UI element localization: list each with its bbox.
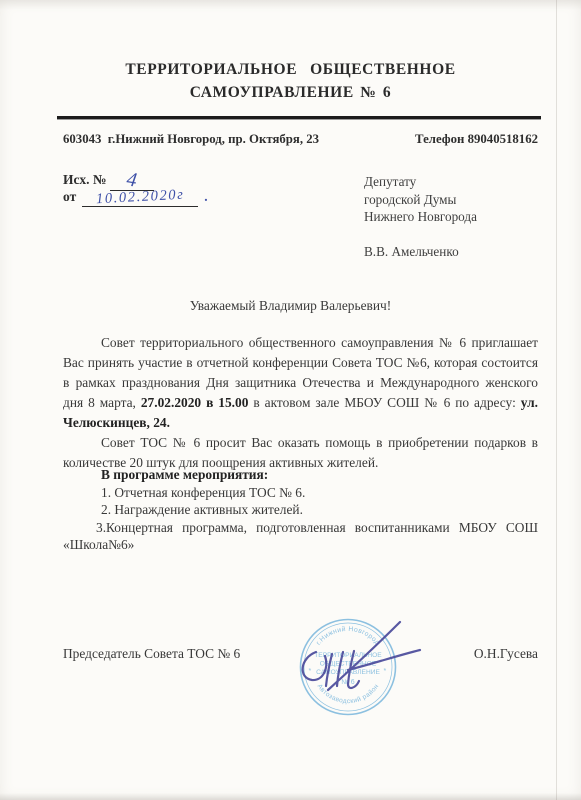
signer-name: О.Н.Гусева <box>474 646 538 662</box>
scan-edge-right <box>556 0 557 800</box>
program-item-2: 2. Награждение активных жителей. <box>63 501 538 519</box>
letterhead-title: ТЕРРИТОРИАЛЬНОЕ ОБЩЕСТВЕННОЕ САМОУПРАВЛЕ… <box>0 58 581 104</box>
letterhead-title-line1: ТЕРРИТОРИАЛЬНОЕ ОБЩЕСТВЕННОЕ <box>0 58 581 81</box>
program-item-1: 1. Отчетная конференция ТОС № 6. <box>63 484 538 502</box>
date-label: от <box>63 189 76 204</box>
letterhead-address: 603043 г.Нижний Новгород, пр. Октября, 2… <box>63 132 319 147</box>
scan-edge-bottom <box>0 793 581 800</box>
scanned-letter-page: ТЕРРИТОРИАЛЬНОЕ ОБЩЕСТВЕННОЕ САМОУПРАВЛЕ… <box>0 0 581 800</box>
signature-loop <box>303 652 327 680</box>
signature-diagonal <box>328 622 400 690</box>
date-line: 10.02.2020г <box>82 189 198 207</box>
recipient-line3: Нижнего Новгорода <box>364 208 477 226</box>
reference-number-row: Исх. №4 <box>63 167 208 189</box>
letterhead-divider <box>57 116 541 120</box>
letterhead-title-line2: САМОУПРАВЛЕНИЕ № 6 <box>0 81 581 104</box>
program-heading: В программе мероприятия: <box>63 466 538 484</box>
outgoing-number-label: Исх. № <box>63 172 106 187</box>
signature-tail <box>348 650 420 670</box>
recipient-name: В.В. Амельченко <box>364 243 477 261</box>
letter-body: Совет территориального общественного сам… <box>63 333 538 473</box>
program-item-3: 3.Концертная программа, подготовленная в… <box>63 519 538 554</box>
letterhead-contact-row: 603043 г.Нижний Новгород, пр. Октября, 2… <box>63 132 538 147</box>
reference-date-row: от10.02.2020г. <box>63 189 208 211</box>
outgoing-number-line: 4 <box>110 167 154 191</box>
signer-position: Председатель Совета ТОС № 6 <box>63 646 240 662</box>
reference-block: Исх. №4 от10.02.2020г. <box>63 167 208 211</box>
signature-strokes <box>303 622 420 690</box>
p1-text-2: в актовом зале МБОУ СОШ № 6 по адресу: <box>248 395 520 410</box>
recipient-block: Депутату городской Думы Нижнего Новгород… <box>364 173 477 260</box>
salutation: Уважаемый Владимир Валерьевич! <box>0 298 581 314</box>
scan-edge-top <box>0 0 581 10</box>
program-block: В программе мероприятия: 1. Отчетная кон… <box>63 466 538 554</box>
p1-datetime: 27.02.2020 в 15.00 <box>141 395 249 410</box>
body-paragraph-1: Совет территориального общественного сам… <box>63 333 538 433</box>
recipient-line1: Депутату <box>364 173 477 191</box>
date-period: . <box>204 189 207 204</box>
date-handwritten: 10.02.2020г <box>96 187 185 209</box>
handwritten-signature <box>280 610 465 705</box>
letterhead-phone: Телефон 89040518162 <box>415 132 538 147</box>
recipient-line2: городской Думы <box>364 191 477 209</box>
